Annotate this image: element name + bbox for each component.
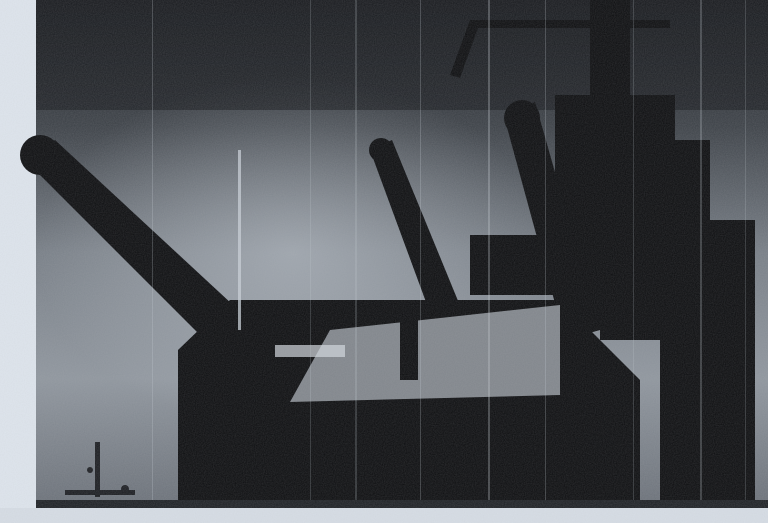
battleship-photo bbox=[0, 0, 768, 523]
